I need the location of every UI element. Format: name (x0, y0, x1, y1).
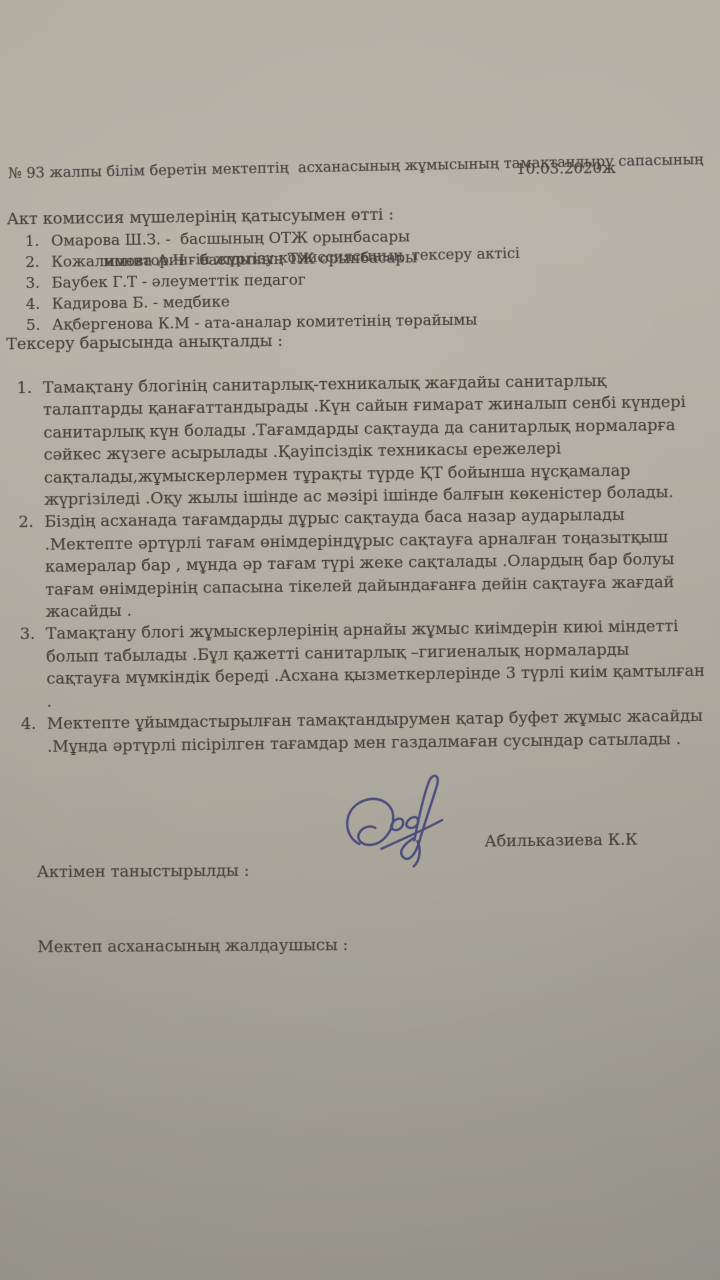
acknowledgement-line2: Мектеп асханасының жалдаушысы : (37, 932, 348, 959)
list-item-text: Біздің асханада тағамдарды дұрыс сақтауд… (38, 503, 707, 623)
list-item-number: 2. (18, 511, 39, 623)
list-item-number: 2. (25, 252, 43, 273)
commission-members-list: 1. Омарова Ш.З. - басшының ОТЖ орынбасар… (25, 226, 477, 337)
signer-name: Абильказиева К.К (484, 830, 637, 851)
list-item-text: Тамақтану блогінің санитарлық-техникалық… (37, 369, 707, 512)
document-page: № 93 жалпы білім беретін мектептің асхан… (0, 0, 720, 1280)
list-item-text: Тамақтану блогі жұмыскерлерінің арнайы ж… (40, 615, 709, 713)
list-item: 2. Біздің асханада тағамдарды дұрыс сақт… (18, 503, 707, 623)
list-item-number: 4. (26, 294, 44, 315)
acknowledgement-line1: Актімен таныстырылды : (37, 857, 348, 884)
list-item-text: Баубек Г.Т - әлеуметтік педагог (43, 270, 305, 294)
list-item-text: Мектепте ұйымдастырылған тамақтандырумен… (41, 705, 709, 758)
list-item-number: 3. (25, 273, 43, 294)
list-item-number: 1. (17, 377, 39, 512)
list-item: 3. Тамақтану блогі жұмыскерлерінің арнай… (20, 615, 709, 713)
list-item: 1. Тамақтану блогінің санитарлық-техника… (17, 369, 707, 512)
list-item-number: 3. (20, 623, 41, 713)
list-item: 4. Мектепте ұйымдастырылған тамақтандыру… (21, 705, 709, 758)
acknowledgement-block: Актімен таныстырылды : Мектеп асханасыны… (37, 807, 349, 1009)
findings-list: 1. Тамақтану блогінің санитарлық-техника… (17, 369, 710, 758)
list-item-text: Кадирова Б. - медбике (44, 292, 230, 315)
document-date: 10.03.2020ж (516, 159, 616, 178)
signature-ink-icon (329, 767, 455, 874)
list-item-number: 1. (25, 231, 43, 252)
list-item-number: 4. (21, 713, 42, 758)
findings-heading: Тексеру барысында анықталды : (6, 331, 283, 353)
